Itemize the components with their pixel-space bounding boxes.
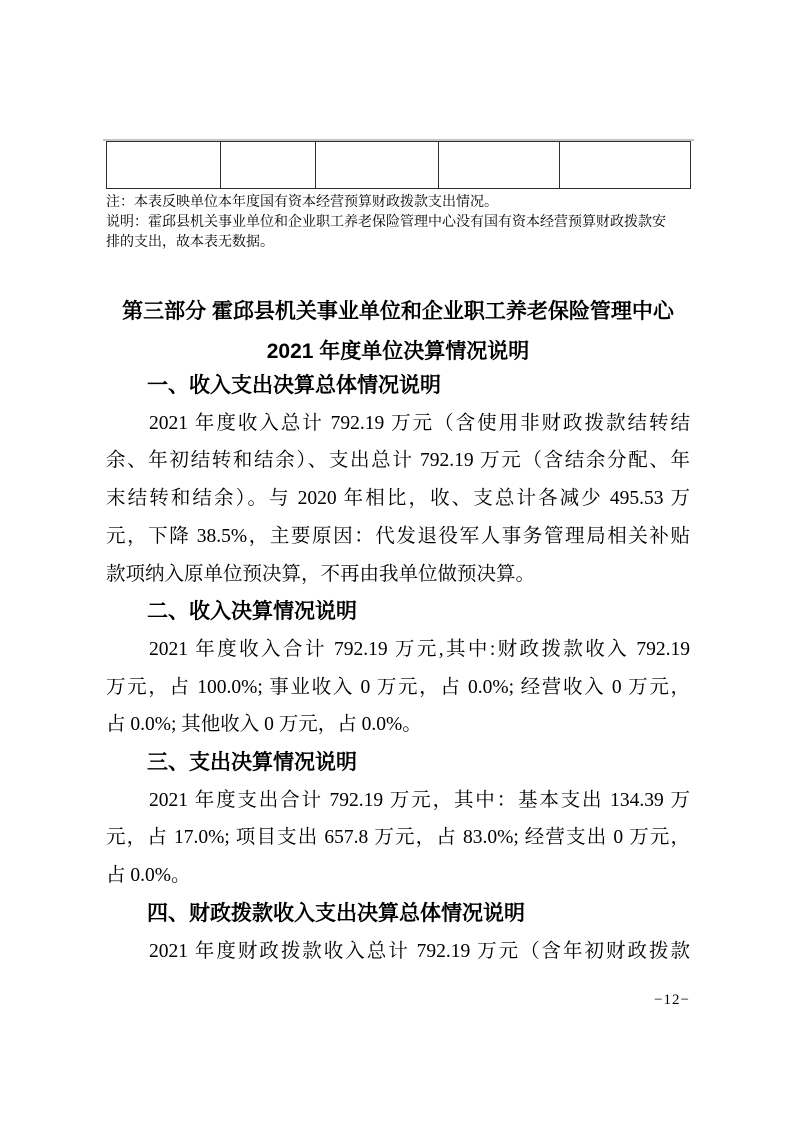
table-cell — [107, 142, 221, 189]
document-body: 一、收入支出决算总体情况说明 2021 年度收入总计 792.19 万元（含使用… — [106, 367, 690, 970]
section-3-paragraph: 2021 年度支出合计 792.19 万元，其中：基本支出 134.39 万 元… — [106, 782, 690, 895]
section-2-paragraph: 2021 年度收入合计 792.19 万元,其中:财政拨款收入 792.19 万… — [106, 631, 690, 744]
document-page: 注：本表反映单位本年度国有资本经营预算财政拨款支出情况。 说明：霍邱县机关事业单… — [0, 0, 793, 1122]
paragraph-line: 余、年初结转和结余）、支出总计 792.19 万元（含结余分配、年 — [106, 442, 690, 480]
table-notes: 注：本表反映单位本年度国有资本经营预算财政拨款支出情况。 说明：霍邱县机关事业单… — [106, 193, 676, 253]
table-cell — [316, 142, 439, 189]
empty-table-fragment — [106, 141, 691, 189]
table-row — [107, 142, 691, 189]
part3-heading-line1: 第三部分 霍邱县机关事业单位和企业职工养老保险管理中心 — [106, 292, 690, 332]
paragraph-line: 元，占 17.0%; 项目支出 657.8 万元，占 83.0%; 经营支出 0… — [106, 819, 690, 857]
table-note: 注：本表反映单位本年度国有资本经营预算财政拨款支出情况。 — [106, 193, 676, 213]
paragraph-line: 占 0.0%。 — [106, 857, 690, 895]
part3-heading: 第三部分 霍邱县机关事业单位和企业职工养老保险管理中心 2021 年度单位决算情… — [106, 292, 690, 372]
section-1-heading: 一、收入支出决算总体情况说明 — [106, 367, 690, 405]
page-number: −12− — [106, 992, 690, 1009]
section-2-heading: 二、收入决算情况说明 — [106, 593, 690, 631]
paragraph-line: 2021 年度支出合计 792.19 万元，其中：基本支出 134.39 万 — [106, 782, 690, 820]
paragraph-line: 款项纳入原单位预决算，不再由我单位做预决算。 — [106, 556, 690, 594]
table-cell — [439, 142, 560, 189]
table-cell — [560, 142, 691, 189]
table-explanation: 说明：霍邱县机关事业单位和企业职工养老保险管理中心没有国有资本经营预算财政拨款安… — [106, 213, 676, 253]
paragraph-line: 2021 年度财政拨款收入总计 792.19 万元（含年初财政拨款 — [106, 933, 690, 971]
section-4-paragraph: 2021 年度财政拨款收入总计 792.19 万元（含年初财政拨款 — [106, 933, 690, 971]
section-3-heading: 三、支出决算情况说明 — [106, 744, 690, 782]
paragraph-line: 2021 年度收入总计 792.19 万元（含使用非财政拨款结转结 — [106, 405, 690, 443]
paragraph-line: 占 0.0%; 其他收入 0 万元，占 0.0%。 — [106, 706, 690, 744]
paragraph-line: 万元，占 100.0%; 事业收入 0 万元，占 0.0%; 经营收入 0 万元… — [106, 669, 690, 707]
table-cell — [221, 142, 316, 189]
section-1-paragraph: 2021 年度收入总计 792.19 万元（含使用非财政拨款结转结 余、年初结转… — [106, 405, 690, 594]
part3-heading-line2: 2021 年度单位决算情况说明 — [106, 332, 690, 372]
paragraph-line: 2021 年度收入合计 792.19 万元,其中:财政拨款收入 792.19 — [106, 631, 690, 669]
paragraph-line: 元，下降 38.5%，主要原因：代发退役军人事务管理局相关补贴 — [106, 518, 690, 556]
section-4-heading: 四、财政拨款收入支出决算总体情况说明 — [106, 895, 690, 933]
paragraph-line: 末结转和结余）。与 2020 年相比，收、支总计各减少 495.53 万 — [106, 480, 690, 518]
